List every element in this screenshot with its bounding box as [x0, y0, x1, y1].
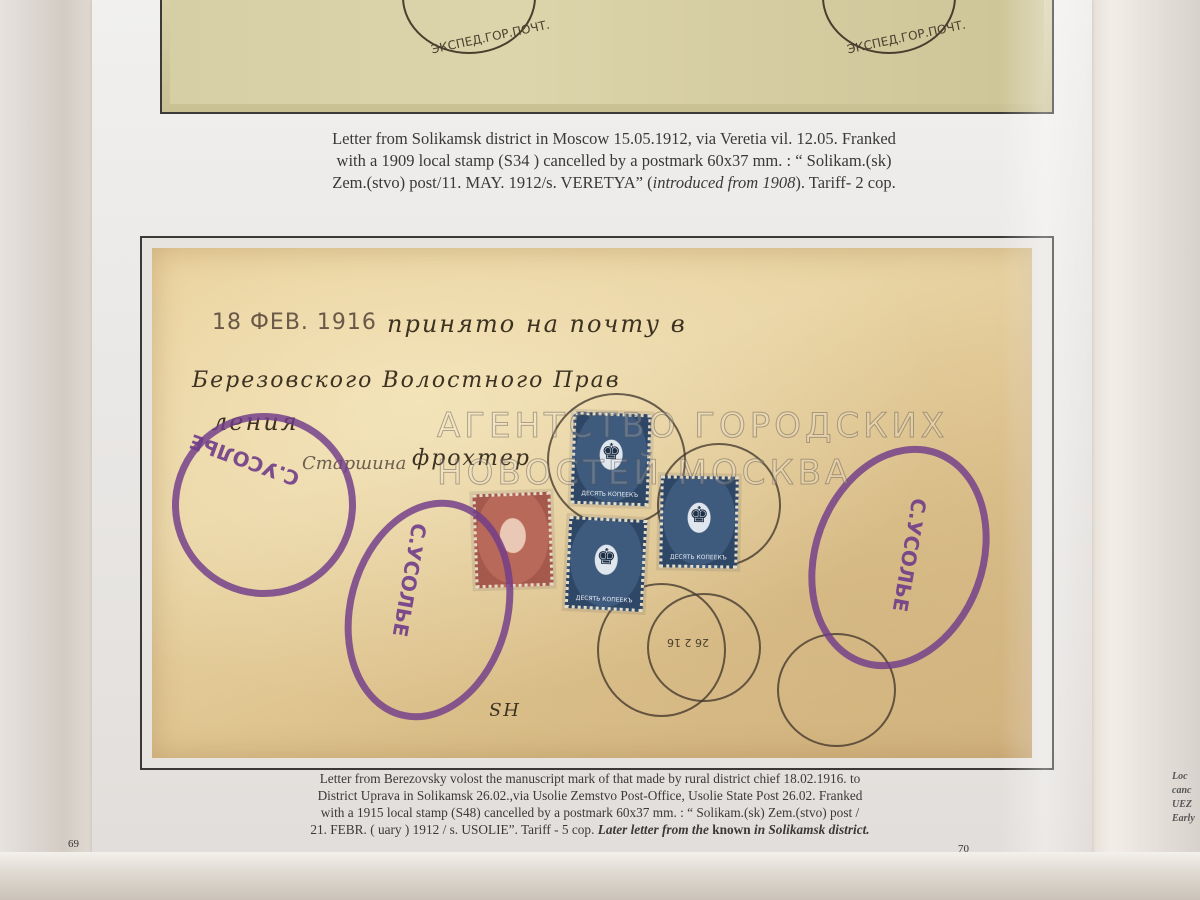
caption-top-line3: Zem.(stvo) post/11. MAY. 1912/s. VERETYA…	[244, 172, 984, 194]
caption-bottom-line4-italic2: in Solikamsk district.	[751, 822, 870, 837]
date-stamp: 18 ФЕВ. 1916	[212, 310, 377, 335]
watermark-line1: АГЕНТСТВО ГОРОДСКИХ	[437, 406, 948, 446]
caption-top-line3-b: ). Tariff- 2 cop.	[795, 173, 895, 192]
stamp-label: ДЕСЯТЬ КОПЕЕКЪ	[662, 553, 734, 561]
handwriting-line2: Березовского Волостного Прав	[192, 368, 621, 393]
main-cover-mount: 18 ФЕВ. 1916 принято на почту в Березовс…	[140, 236, 1054, 770]
side-caption: Loc canc UEZ Early	[1172, 770, 1195, 826]
eagle-icon: ♚	[596, 544, 617, 571]
caption-top-line3-a: Zem.(stvo) post/11. MAY. 1912/s. VERETYA…	[332, 173, 652, 192]
watermark-line2: НОВОСТЕЙ МОСКВА	[437, 453, 852, 493]
caption-bottom-line4-italic1: Later letter from the	[598, 822, 713, 837]
caption-bottom-line1: Letter from Berezovsky volost the manusc…	[230, 770, 950, 787]
caption-bottom-line2: District Uprava in Solikamsk 26.02.,via …	[230, 787, 950, 804]
handwriting-line1: принято на почту в	[387, 310, 687, 338]
pencil-note: HS	[487, 698, 519, 719]
frame-bottom	[0, 852, 1200, 900]
stamp-blue-3: ♚ ДЕСЯТЬ КОПЕЕКЪ	[565, 516, 648, 612]
caption-bottom-line4-bold: known	[712, 822, 750, 837]
side-caption-line3: UEZ	[1172, 798, 1195, 812]
top-cover: ЭКСПЕД.ГОР.ПОЧТ. ЭКСПЕД.ГОР.ПОЧТ.	[160, 0, 1054, 114]
side-caption-line4: Early	[1172, 812, 1195, 826]
caption-bottom-line4-a: 21. FEBR. ( uary ) 1912 / s. USOLIE”. Ta…	[310, 822, 597, 837]
cds-date: 26 2 16	[667, 636, 709, 649]
stamp-label: ДЕСЯТЬ КОПЕЕКЪ	[568, 594, 640, 605]
caption-bottom-line3: with a 1915 local stamp (S48) cancelled …	[230, 804, 950, 821]
caption-top-line3-italic: introduced from 1908	[653, 173, 796, 192]
caption-top: Letter from Solikamsk district in Moscow…	[244, 128, 984, 194]
envelope: 18 ФЕВ. 1916 принято на почту в Березовс…	[152, 248, 1032, 758]
page-number-left: 69	[68, 838, 79, 850]
caption-bottom: Letter from Berezovsky volost the manusc…	[230, 770, 950, 838]
caption-top-line1: Letter from Solikamsk district in Moscow…	[244, 128, 984, 150]
caption-bottom-line4: 21. FEBR. ( uary ) 1912 / s. USOLIE”. Ta…	[230, 821, 950, 838]
side-caption-line1: Loc	[1172, 770, 1195, 784]
side-caption-line2: canc	[1172, 784, 1195, 798]
eagle-icon: ♚	[689, 502, 709, 528]
caption-top-line2: with a 1909 local stamp (S34 ) cancelled…	[244, 150, 984, 172]
glass-glare	[1000, 0, 1090, 855]
